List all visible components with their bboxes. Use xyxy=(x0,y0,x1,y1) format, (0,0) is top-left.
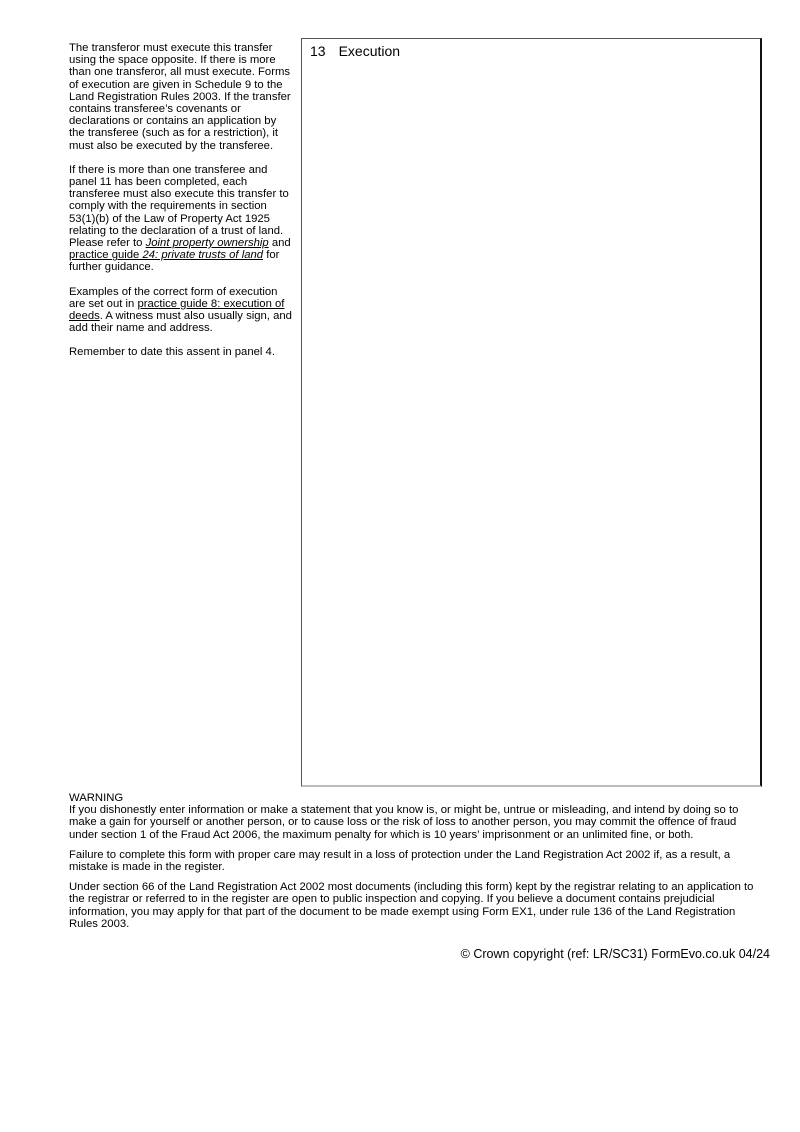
copyright-footer: © Crown copyright (ref: LR/SC31) FormEvo… xyxy=(461,947,770,961)
execution-panel[interactable]: 13 Execution xyxy=(301,38,762,787)
panel-title: Execution xyxy=(339,43,400,59)
link-text-italic: 24: private trusts of land xyxy=(142,249,263,261)
link-joint-property-ownership[interactable]: Joint property ownership xyxy=(146,237,269,249)
panel-header: 13 Execution xyxy=(310,43,400,59)
link-practice-guide-24[interactable]: practice guide 24: private trusts of lan… xyxy=(69,249,263,261)
note-paragraph-examples: Examples of the correct form of executio… xyxy=(69,286,295,335)
warning-paragraph-inspection: Under section 66 of the Land Registratio… xyxy=(69,881,759,930)
note-text: . A witness must also usually sign, and … xyxy=(69,310,292,334)
note-paragraph-date-reminder: Remember to date this assent in panel 4. xyxy=(69,346,295,358)
warning-text: If you dishonestly enter information or … xyxy=(69,804,738,840)
warning-paragraph-fraud: WARNINGIf you dishonestly enter informat… xyxy=(69,792,759,841)
warning-block: WARNINGIf you dishonestly enter informat… xyxy=(69,792,759,938)
panel-number: 13 xyxy=(310,43,326,59)
note-paragraph-transferor: The transferor must execute this transfe… xyxy=(69,42,295,152)
warning-paragraph-care: Failure to complete this form with prope… xyxy=(69,849,759,873)
link-text: practice guide xyxy=(69,249,139,261)
note-paragraph-transferees: If there is more than one transferee and… xyxy=(69,164,295,274)
side-notes: The transferor must execute this transfe… xyxy=(69,42,295,371)
warning-title: WARNING xyxy=(69,792,759,804)
note-text: and xyxy=(269,237,291,249)
